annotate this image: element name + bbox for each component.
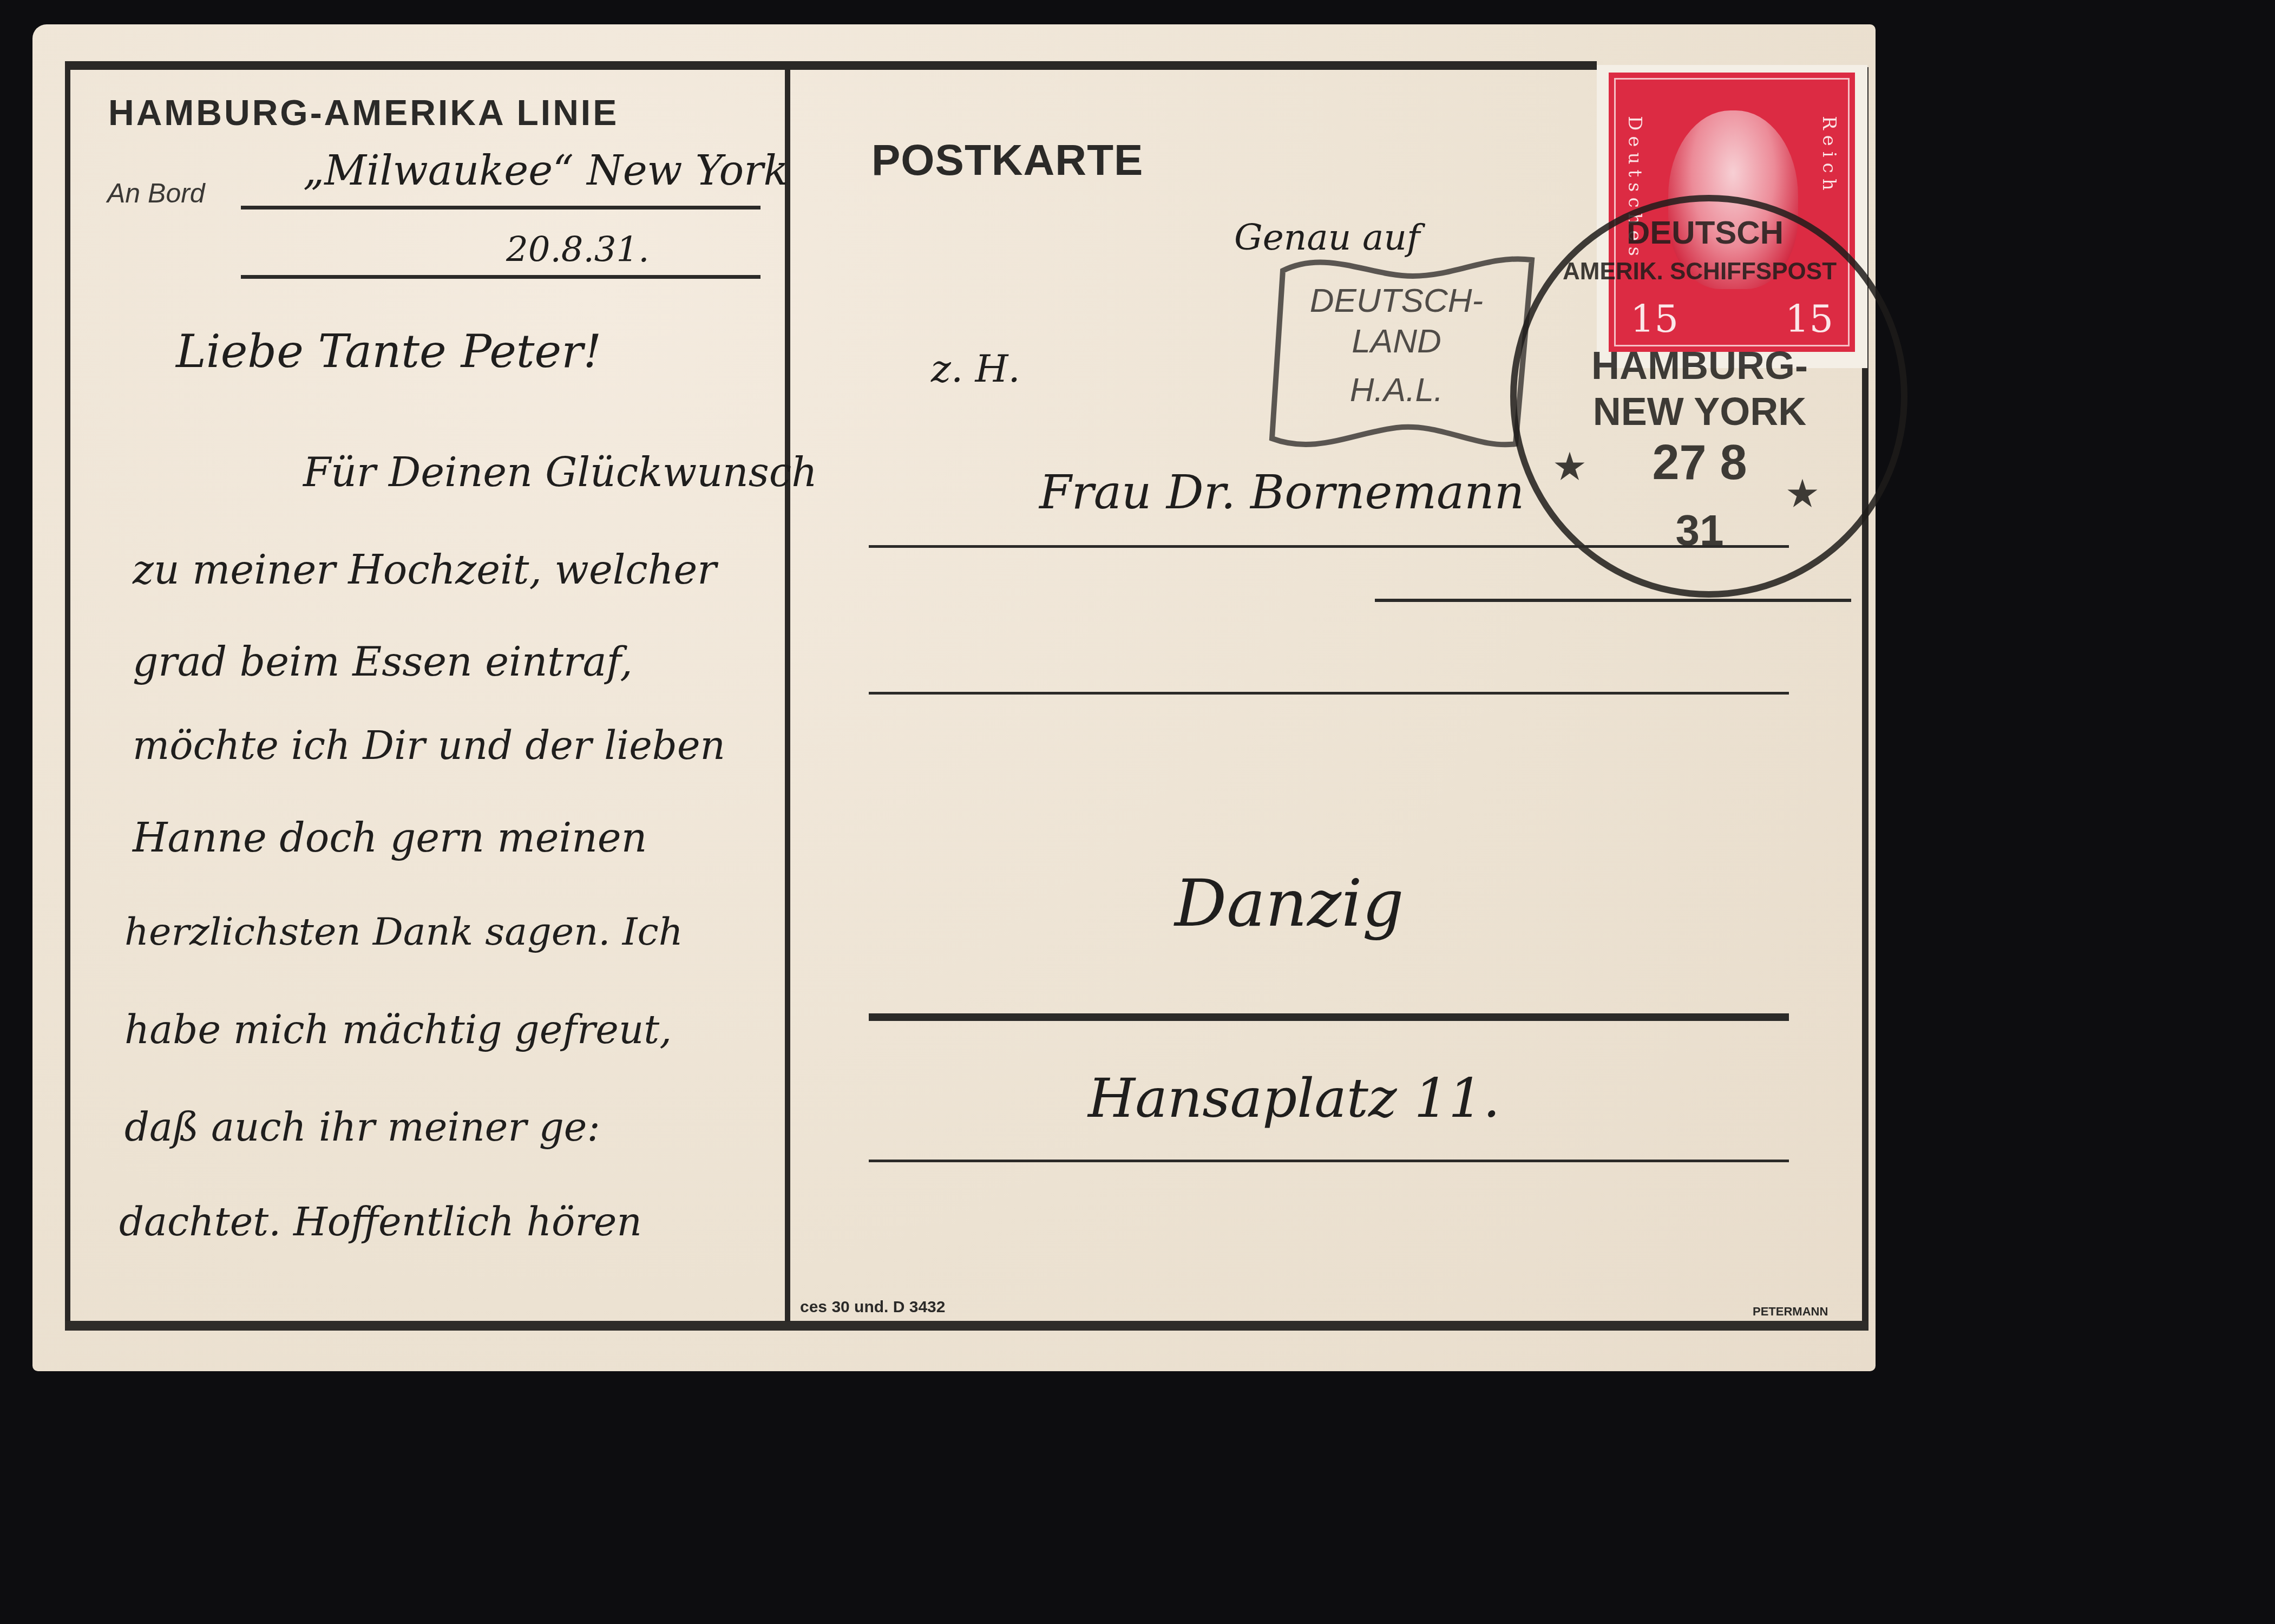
address-city: Danzig — [1175, 866, 1404, 941]
postmark-route-line1: HAMBURG- — [1548, 346, 1851, 385]
an-bord-label: An Bord — [107, 178, 205, 209]
message-line: zu meiner Hochzeit, welcher — [133, 547, 717, 593]
address-line-1 — [869, 545, 1789, 548]
postmark-route-line2: NEW YORK — [1548, 392, 1851, 431]
stamp-right-text: Reich — [1818, 116, 1840, 196]
ship-route-handwritten: „Milwaukee“ New York — [303, 146, 789, 194]
print-code: ces 30 und. D 3432 — [800, 1298, 945, 1317]
date-handwritten: 20.8.31. — [506, 230, 650, 270]
address-line-3 — [869, 1013, 1789, 1021]
message-line: Hanne doch gern meinen — [133, 815, 647, 861]
address-honorific: z. H. — [931, 346, 1020, 391]
address-street: Hansaplatz 11. — [1088, 1066, 1500, 1130]
message-line: daß auch ihr meiner ge: — [124, 1104, 600, 1150]
address-recipient: Frau Dr. Bornemann — [1039, 466, 1524, 520]
flag-cancel-line: DEUTSCH- — [1299, 281, 1494, 320]
message-line: möchte ich Dir und der lieben — [133, 723, 725, 768]
message-line: herzlichsten Dank sagen. Ich — [124, 909, 683, 954]
message-line: Für Deinen Glückwunsch — [303, 449, 817, 496]
flag-cancel-line: H.A.L. — [1299, 371, 1494, 409]
date-line — [241, 275, 760, 279]
company-title: HAMBURG-AMERIKA LINIE — [108, 92, 619, 133]
message-line: habe mich mächtig gefreut, — [124, 1007, 672, 1052]
address-line-1-underline — [1375, 599, 1851, 602]
postmark-mid-text: AMERIK. SCHIFFSPOST — [1548, 260, 1851, 284]
printer-name: PETERMANN — [1753, 1305, 1828, 1319]
message-line: Liebe Tante Peter! — [176, 325, 601, 378]
address-note: Genau auf — [1234, 217, 1420, 258]
postmark-date: 27 8 — [1602, 438, 1797, 487]
frame-border-bottom — [65, 1321, 1868, 1331]
frame-border-left — [65, 61, 70, 1331]
address-line-4 — [869, 1160, 1789, 1162]
postmark-top-text: DEUTSCH — [1570, 217, 1840, 249]
message-line: dachtet. Hoffentlich hören — [119, 1199, 642, 1245]
message-address-divider — [785, 67, 790, 1322]
message-line: grad beim Essen eintraf, — [133, 639, 633, 685]
ship-line — [241, 206, 760, 209]
star-icon: ★ — [1781, 476, 1824, 511]
address-line-2 — [869, 692, 1789, 695]
flag-cancel-line: LAND — [1299, 322, 1494, 361]
frame-border-top — [65, 61, 1597, 70]
star-icon: ★ — [1548, 449, 1591, 484]
flag-cancel: DEUTSCH- LAND H.A.L. — [1261, 238, 1543, 466]
postkarte-heading: POSTKARTE — [871, 135, 1143, 185]
